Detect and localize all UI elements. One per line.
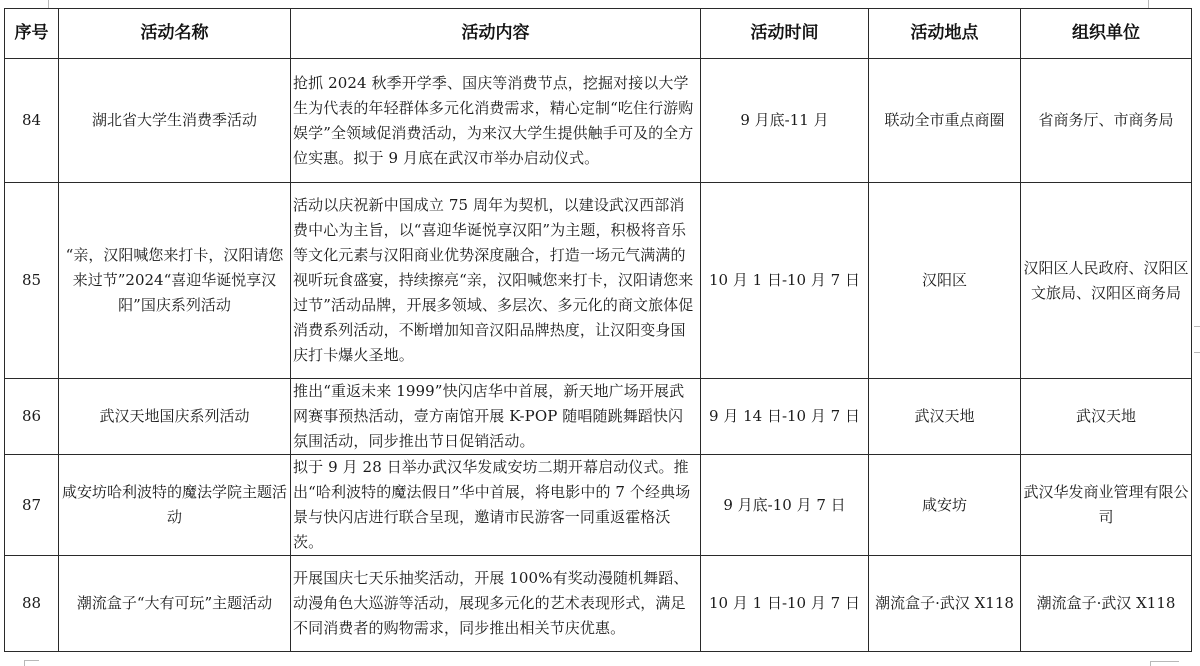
cell-activity-time: 9 月 14 日-10 月 7 日	[701, 379, 869, 455]
cell-activity-content: 拟于 9 月 28 日举办武汉华发咸安坊二期开幕启动仪式。推出“哈利波特的魔法假…	[291, 455, 701, 556]
cell-activity-name: 咸安坊哈利波特的魔法学院主题活动	[59, 455, 291, 556]
cell-activity-location: 潮流盒子·武汉 X118	[869, 556, 1021, 652]
cell-organizer: 武汉华发商业管理有限公司	[1021, 455, 1192, 556]
cell-activity-location: 联动全市重点商圈	[869, 59, 1021, 183]
cell-activity-content: 活动以庆祝新中国成立 75 周年为契机，以建设武汉西部消费中心为主旨，以“喜迎华…	[291, 183, 701, 379]
header-activity-name: 活动名称	[59, 9, 291, 59]
cell-activity-content: 推出“重返未来 1999”快闪店华中首展，新天地广场开展武网赛事预热活动，壹方南…	[291, 379, 701, 455]
cell-activity-content: 抢抓 2024 秋季开学季、国庆等消费节点，挖掘对接以大学生为代表的年轻群体多元…	[291, 59, 701, 183]
cell-organizer: 省商务厅、市商务局	[1021, 59, 1192, 183]
header-row: 序号 活动名称 活动内容 活动时间 活动地点 组织单位	[5, 9, 1192, 59]
page-edge-mark	[1194, 326, 1200, 327]
cell-index: 88	[5, 556, 59, 652]
page-corner-mark-bottom-right	[1150, 661, 1179, 666]
table-body: 84 湖北省大学生消费季活动 抢抓 2024 秋季开学季、国庆等消费节点，挖掘对…	[5, 59, 1192, 652]
table-row: 88 潮流盒子“大有可玩”主题活动 开展国庆七天乐抽奖活动，开展 100%有奖动…	[5, 556, 1192, 652]
cell-index: 86	[5, 379, 59, 455]
table-row: 86 武汉天地国庆系列活动 推出“重返未来 1999”快闪店华中首展，新天地广场…	[5, 379, 1192, 455]
cell-index: 87	[5, 455, 59, 556]
cell-activity-name: “亲，汉阳喊您来打卡，汉阳请您来过节”2024“喜迎华诞悦享汉阳”国庆系列活动	[59, 183, 291, 379]
cell-organizer: 武汉天地	[1021, 379, 1192, 455]
cell-activity-name: 湖北省大学生消费季活动	[59, 59, 291, 183]
table-header: 序号 活动名称 活动内容 活动时间 活动地点 组织单位	[5, 9, 1192, 59]
cell-activity-name: 潮流盒子“大有可玩”主题活动	[59, 556, 291, 652]
cell-activity-time: 9 月底-10 月 7 日	[701, 455, 869, 556]
cell-index: 84	[5, 59, 59, 183]
page-corner-mark-top-right	[1148, 0, 1149, 8]
cell-organizer: 汉阳区人民政府、汉阳区文旅局、汉阳区商务局	[1021, 183, 1192, 379]
header-organizer: 组织单位	[1021, 9, 1192, 59]
cell-activity-location: 武汉天地	[869, 379, 1021, 455]
page-corner-mark-top-left	[48, 0, 49, 8]
cell-activity-location: 汉阳区	[869, 183, 1021, 379]
page-edge-mark	[1194, 352, 1200, 353]
cell-activity-location: 咸安坊	[869, 455, 1021, 556]
cell-organizer: 潮流盒子·武汉 X118	[1021, 556, 1192, 652]
page-corner-mark-bottom-left	[24, 660, 39, 666]
header-activity-time: 活动时间	[701, 9, 869, 59]
table-row: 84 湖北省大学生消费季活动 抢抓 2024 秋季开学季、国庆等消费节点，挖掘对…	[5, 59, 1192, 183]
cell-activity-time: 9 月底-11 月	[701, 59, 869, 183]
cell-activity-name: 武汉天地国庆系列活动	[59, 379, 291, 455]
header-activity-location: 活动地点	[869, 9, 1021, 59]
header-index: 序号	[5, 9, 59, 59]
cell-activity-time: 10 月 1 日-10 月 7 日	[701, 556, 869, 652]
table-row: 87 咸安坊哈利波特的魔法学院主题活动 拟于 9 月 28 日举办武汉华发咸安坊…	[5, 455, 1192, 556]
cell-index: 85	[5, 183, 59, 379]
table-row: 85 “亲，汉阳喊您来打卡，汉阳请您来过节”2024“喜迎华诞悦享汉阳”国庆系列…	[5, 183, 1192, 379]
cell-activity-content: 开展国庆七天乐抽奖活动，开展 100%有奖动漫随机舞蹈、动漫角色大巡游等活动，展…	[291, 556, 701, 652]
activity-table: 序号 活动名称 活动内容 活动时间 活动地点 组织单位 84 湖北省大学生消费季…	[4, 8, 1192, 652]
cell-activity-time: 10 月 1 日-10 月 7 日	[701, 183, 869, 379]
header-activity-content: 活动内容	[291, 9, 701, 59]
